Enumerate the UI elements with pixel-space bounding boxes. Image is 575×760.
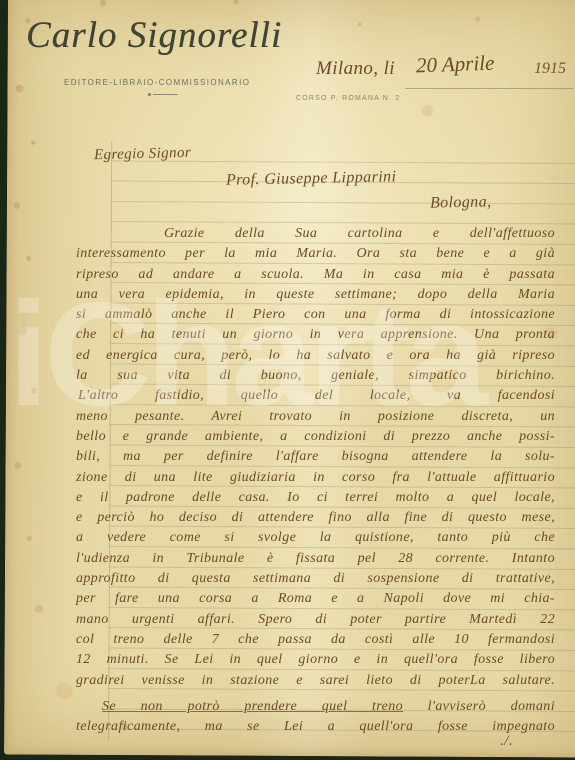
letterhead-subtitle: EDITORE-LIBRAIO-COMMISSIONARIO — [64, 78, 250, 87]
recipient-name: Prof. Giuseppe Lipparini — [226, 168, 397, 190]
handwritten-line: e il padrone delle casa. Io ci terrei mo… — [76, 488, 555, 508]
handwritten-line: bello e grande ambiente, a condizioni di… — [76, 427, 555, 447]
handwritten-line: Grazie della Sua cartolina e dell'affett… — [76, 224, 555, 244]
dateline-place: Milano, li — [316, 58, 395, 80]
letterhead-address: CORSO P. ROMANA N. 2 — [296, 95, 400, 102]
paragraph: Se non potrò prendere quel treno l'avvis… — [76, 697, 555, 738]
letterhead-ornament — [148, 93, 178, 96]
underlined-text: Se non potrò prendere quel treno — [102, 699, 403, 714]
handwritten-line: meno pesante. Avrei trovato in posizione… — [76, 407, 555, 427]
scanned-letter: { "letterhead": { "name": "Carlo Signore… — [0, 0, 575, 760]
handwritten-line: approfitto di questa settimana di sospen… — [76, 569, 555, 589]
dateline-handwritten-date: 20 Aprile — [416, 51, 495, 79]
handwritten-line: Se non potrò prendere quel treno l'avvis… — [76, 697, 555, 717]
paragraph: L'altro fastidio, quello del locale, va … — [76, 386, 555, 690]
continuation-mark: ./. — [500, 733, 513, 750]
salutation: Egregio Signor — [94, 145, 192, 165]
handwritten-line: ripreso ad andare a scuola. Ma in casa m… — [76, 265, 555, 285]
handwritten-line: 12 minuti. Se Lei in quel giorno e in qu… — [76, 650, 555, 670]
handwritten-line: mano urgenti affari. Spero di poter part… — [76, 610, 555, 630]
handwritten-line: ed energica cura, però, lo ha salvato e … — [76, 346, 555, 366]
handwritten-line: che ci ha tenuti un giorno in vera appre… — [76, 325, 555, 345]
handwritten-line: una vera epidemia, in queste settimane; … — [76, 285, 555, 305]
handwritten-line: a vedere come si svolge la quistione, ta… — [76, 528, 555, 548]
handwritten-line: zione di una lite giudiziaria in corso f… — [76, 468, 555, 488]
handwritten-line: interessamento per la mia Maria. Ora sta… — [76, 244, 555, 264]
recipient-city: Bologna, — [430, 193, 492, 212]
letter-body: Grazie della Sua cartolina e dell'affett… — [76, 224, 555, 737]
dateline-rule — [405, 88, 573, 89]
letterhead-name: Carlo Signorelli — [26, 14, 282, 57]
handwritten-line: telegraficamente, ma se Lei a quell'ora … — [76, 717, 555, 737]
handwritten-line: si ammalò anche il Piero con una forma d… — [76, 305, 555, 325]
handwritten-line: col treno delle 7 che passa da costì all… — [76, 630, 555, 650]
dateline-year: 1915 — [534, 60, 566, 78]
handwritten-line: la sua vita di buono, geniale, simpatico… — [76, 366, 555, 386]
handwritten-line: gradirei venisse in stazione e sarei lie… — [76, 671, 555, 691]
paragraph: Grazie della Sua cartolina e dell'affett… — [76, 224, 555, 386]
handwritten-line: per fare una corsa a Roma e a Napoli dov… — [76, 589, 555, 609]
handwritten-line: L'altro fastidio, quello del locale, va … — [76, 386, 555, 406]
handwritten-line: l'udienza in Tribunale è fissata pel 28 … — [76, 549, 555, 569]
handwritten-line: e perciò ho deciso di attendere fino all… — [76, 508, 555, 528]
handwritten-line: bili, ma per definire l'affare bisogna a… — [76, 447, 555, 467]
